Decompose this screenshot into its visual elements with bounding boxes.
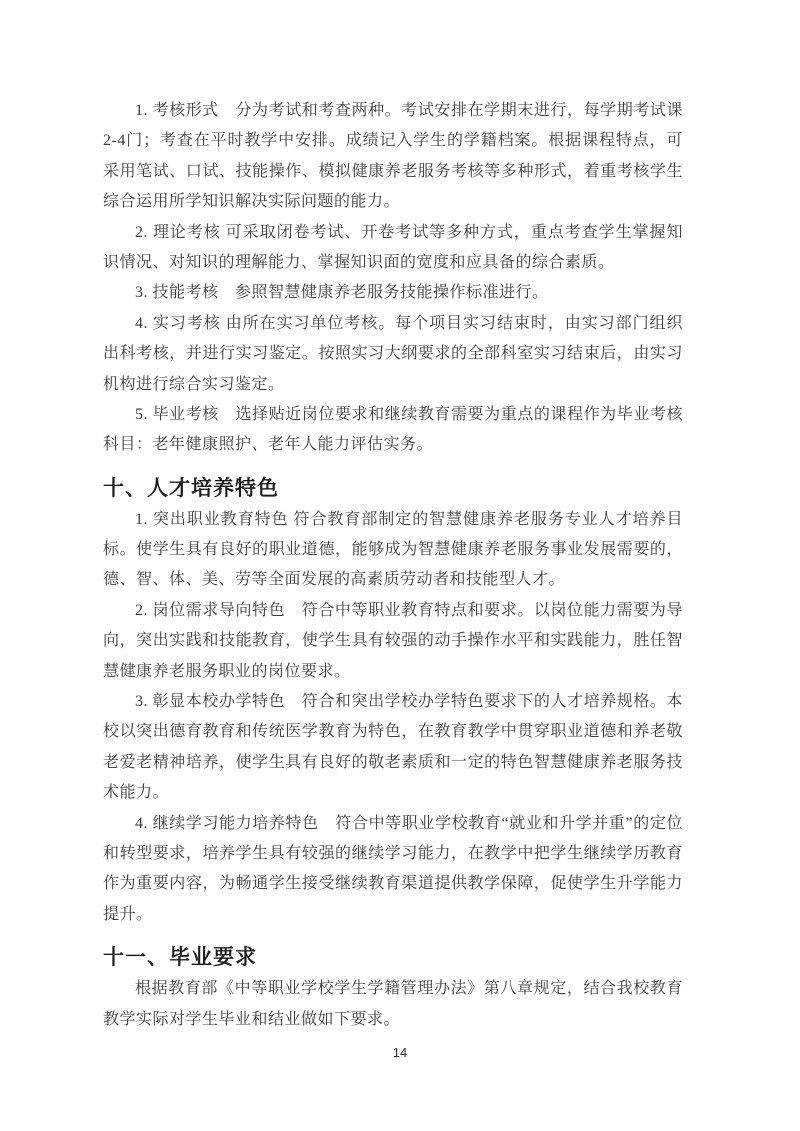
document-page: 1. 考核形式 分为考试和考查两种。考试安排在学期末进行，每学期考试课2-4门；… bbox=[0, 0, 800, 1131]
paragraph-continuing-learning-feature: 4. 继续学习能力培养特色 符合中等职业学校教育“就业和升学并重”的定位和转型要… bbox=[103, 809, 683, 931]
section-heading-graduation-requirements: 十一、毕业要求 bbox=[103, 942, 683, 974]
paragraph-graduation-assessment: 5. 毕业考核 选择贴近岗位要求和继续教育需要为重点的课程作为毕业考核科目：老年… bbox=[103, 400, 683, 461]
paragraph-internship-assessment: 4. 实习考核 由所在实习单位考核。每个项目实习结束时，由实习部门组织出科考核，… bbox=[103, 309, 683, 400]
paragraph-post-demand-feature: 2. 岗位需求导向特色 符合中等职业教育特点和要求。以岗位能力需要为导向，突出实… bbox=[103, 596, 683, 687]
paragraph-graduation-requirements-intro: 根据教育部《中等职业学校学生学籍管理办法》第八章规定，结合我校教育教学实际对学生… bbox=[103, 974, 683, 1035]
paragraph-school-feature: 3. 彰显本校办学特色 符合和突出学校办学特色要求下的人才培养规格。本校以突出德… bbox=[103, 687, 683, 809]
paragraph-assessment-form: 1. 考核形式 分为考试和考查两种。考试安排在学期末进行，每学期考试课2-4门；… bbox=[103, 96, 683, 218]
paragraph-vocational-education-feature: 1. 突出职业教育特色 符合教育部制定的智慧健康养老服务专业人才培养目标。使学生… bbox=[103, 505, 683, 596]
section-heading-talent-cultivation-features: 十、人才培养特色 bbox=[103, 473, 683, 505]
page-number: 14 bbox=[0, 1045, 800, 1060]
paragraph-skill-assessment: 3. 技能考核 参照智慧健康养老服务技能操作标准进行。 bbox=[103, 278, 683, 308]
page-content: 1. 考核形式 分为考试和考查两种。考试安排在学期末进行，每学期考试课2-4门；… bbox=[103, 96, 683, 1035]
paragraph-theory-assessment: 2. 理论考核 可采取闭卷考试、开卷考试等多种方式，重点考查学生掌握知识情况、对… bbox=[103, 218, 683, 279]
